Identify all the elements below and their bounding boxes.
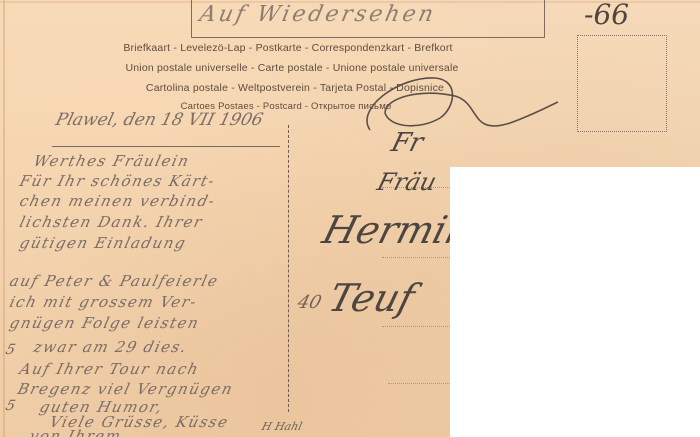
header-greeting: Auf Wiedersehen bbox=[197, 2, 542, 27]
address-line: Teuf bbox=[324, 276, 419, 320]
cover-block bbox=[450, 167, 700, 437]
message-address-divider bbox=[288, 125, 289, 412]
message-line: chen meinen verbind- bbox=[18, 192, 218, 210]
date-underline bbox=[52, 146, 280, 147]
address-line: Fräu bbox=[374, 168, 439, 196]
message-line: gütigen Einladung bbox=[18, 234, 189, 252]
address-line-rule bbox=[382, 326, 450, 327]
address-line-rule bbox=[388, 383, 450, 384]
address-number: 40 bbox=[295, 292, 324, 313]
printed-line: Briefkaart - Levelezö-Lap - Postkarte - … bbox=[0, 42, 588, 54]
date-line: Plawel, den 18 VII 1906 bbox=[54, 110, 266, 130]
message-line: Auf Ihrer Tour nach bbox=[18, 360, 202, 378]
margin-mark: 5 bbox=[4, 398, 17, 414]
margin-mark: 5 bbox=[4, 342, 17, 358]
message-line: lichsten Dank. Ihrer bbox=[18, 213, 205, 231]
message-line: von Ihrem bbox=[28, 427, 124, 437]
message-line: zwar am 29 dies. bbox=[32, 338, 190, 356]
message-line: Bregenz viel Vergnügen bbox=[16, 380, 236, 398]
message-line: Für Ihr schönes Kärt- bbox=[18, 172, 218, 190]
address-line: Fr bbox=[388, 128, 427, 158]
pencil-loop-mark bbox=[360, 68, 560, 138]
message-line: gnügen Folge leisten bbox=[8, 314, 202, 332]
stamp-placeholder bbox=[577, 35, 667, 132]
message-line: Werthes Fräulein bbox=[32, 152, 192, 170]
message-line: auf Peter & Paulfeierle bbox=[8, 272, 221, 290]
address-line-rule bbox=[382, 257, 450, 258]
message-line: ich mit grossem Ver- bbox=[8, 293, 200, 311]
signature: H Hahl bbox=[260, 420, 303, 433]
postcard-back: Auf Wiedersehen -66 Briefkaart - Levelez… bbox=[0, 0, 700, 437]
corner-number: -66 bbox=[584, 0, 629, 31]
